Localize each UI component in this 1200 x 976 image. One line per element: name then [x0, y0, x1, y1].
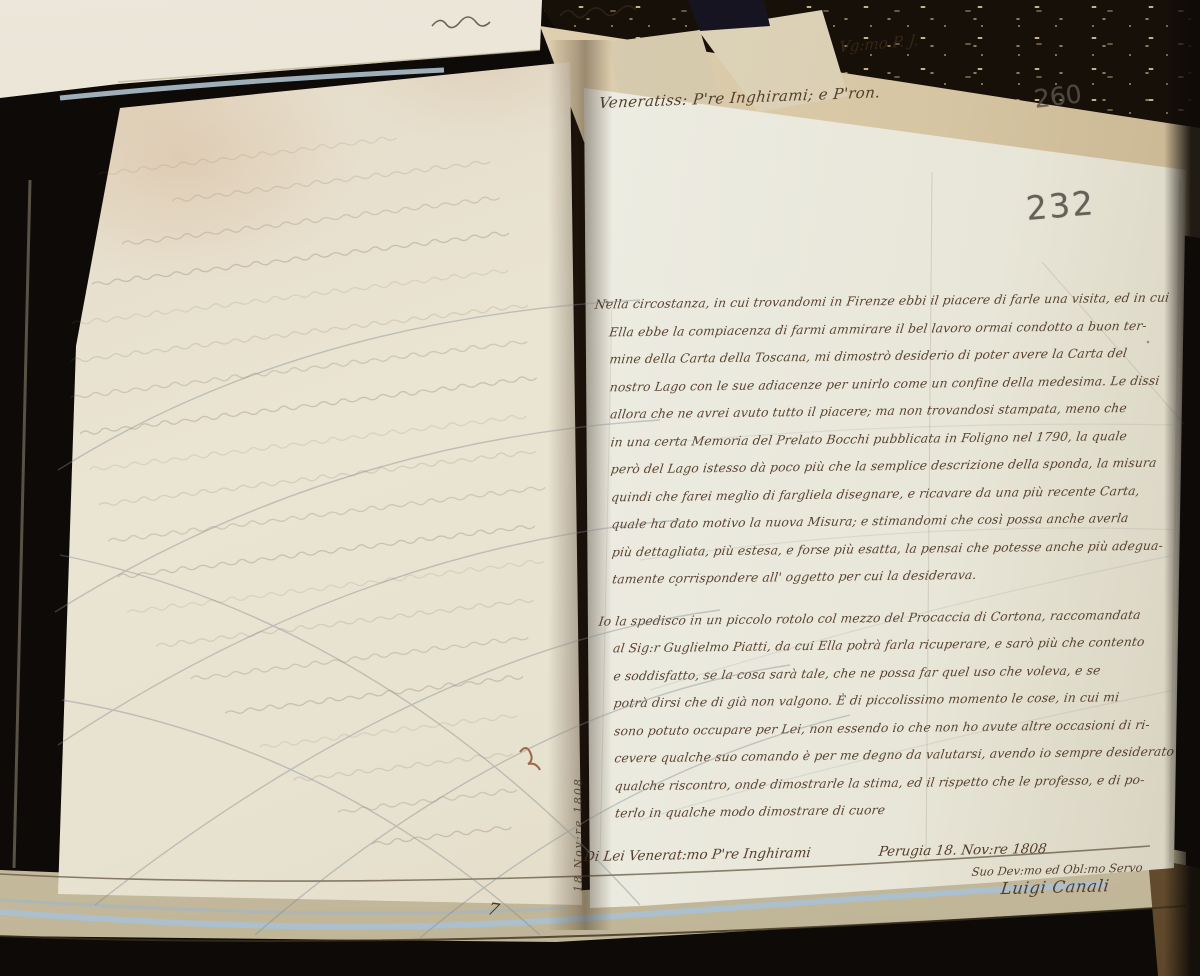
folio-number-under: 260	[1032, 79, 1083, 114]
folio-number: 232	[1024, 183, 1096, 228]
letter-body: Nella circostanza, in cui trovandomi in …	[595, 284, 1186, 842]
letter-line: tamente corrispondere all' oggetto per c…	[610, 559, 1183, 594]
signature-block: Suo Dev:mo ed Obl:mo Servo Luigi Canali	[924, 859, 1188, 900]
letter-line: terlo in qualche modo dimostrare di cuor…	[613, 793, 1186, 828]
gutter-shadow	[548, 40, 612, 930]
closing-place-date: Perugia 18. Nov:re 1808	[878, 841, 1048, 860]
cover-right-edge	[1164, 0, 1200, 976]
letter-paragraph-2: Io la spedisco in un piccolo rotolo col …	[599, 601, 1186, 828]
letter-paragraph-1: Nella circostanza, in cui trovandomi in …	[595, 284, 1183, 594]
archival-letter-photo: 260 Vg:mo P. J. Ve	[0, 0, 1200, 976]
